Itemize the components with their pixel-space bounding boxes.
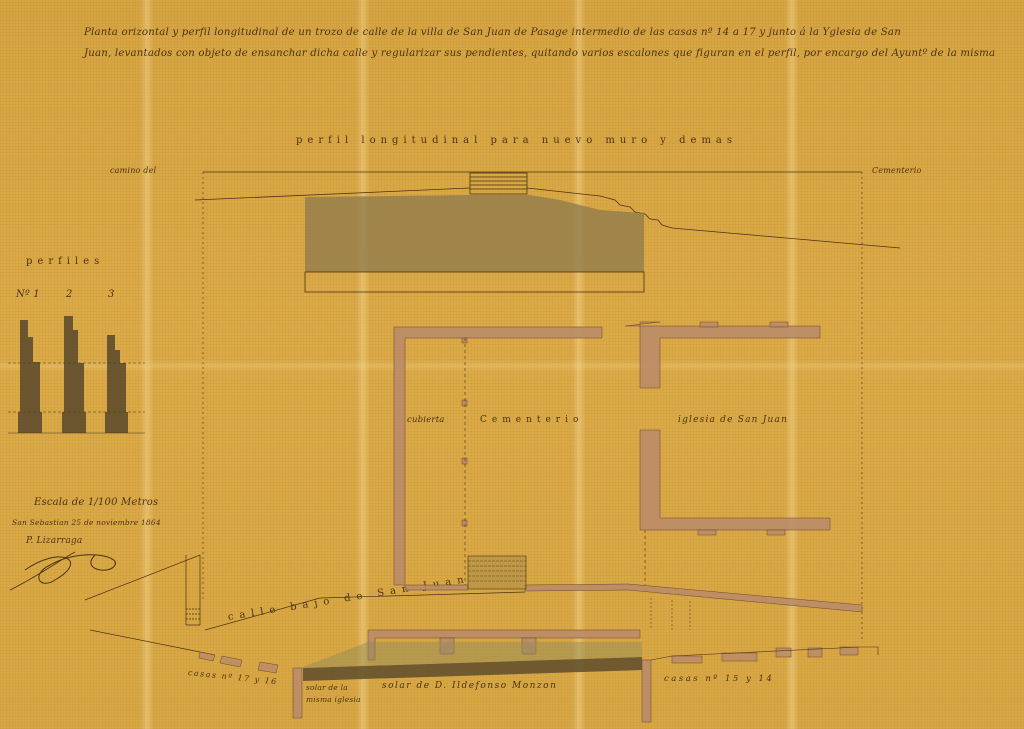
profile-wall-section: [305, 195, 644, 272]
street-wall: [525, 584, 862, 612]
church-wall-top: [625, 322, 820, 388]
church-wall-bottom: [640, 430, 830, 530]
cross-sections: [18, 316, 128, 433]
signature-flourish: [25, 555, 115, 584]
cemetery-wall: [394, 327, 602, 585]
architectural-drawing: [0, 0, 1024, 729]
